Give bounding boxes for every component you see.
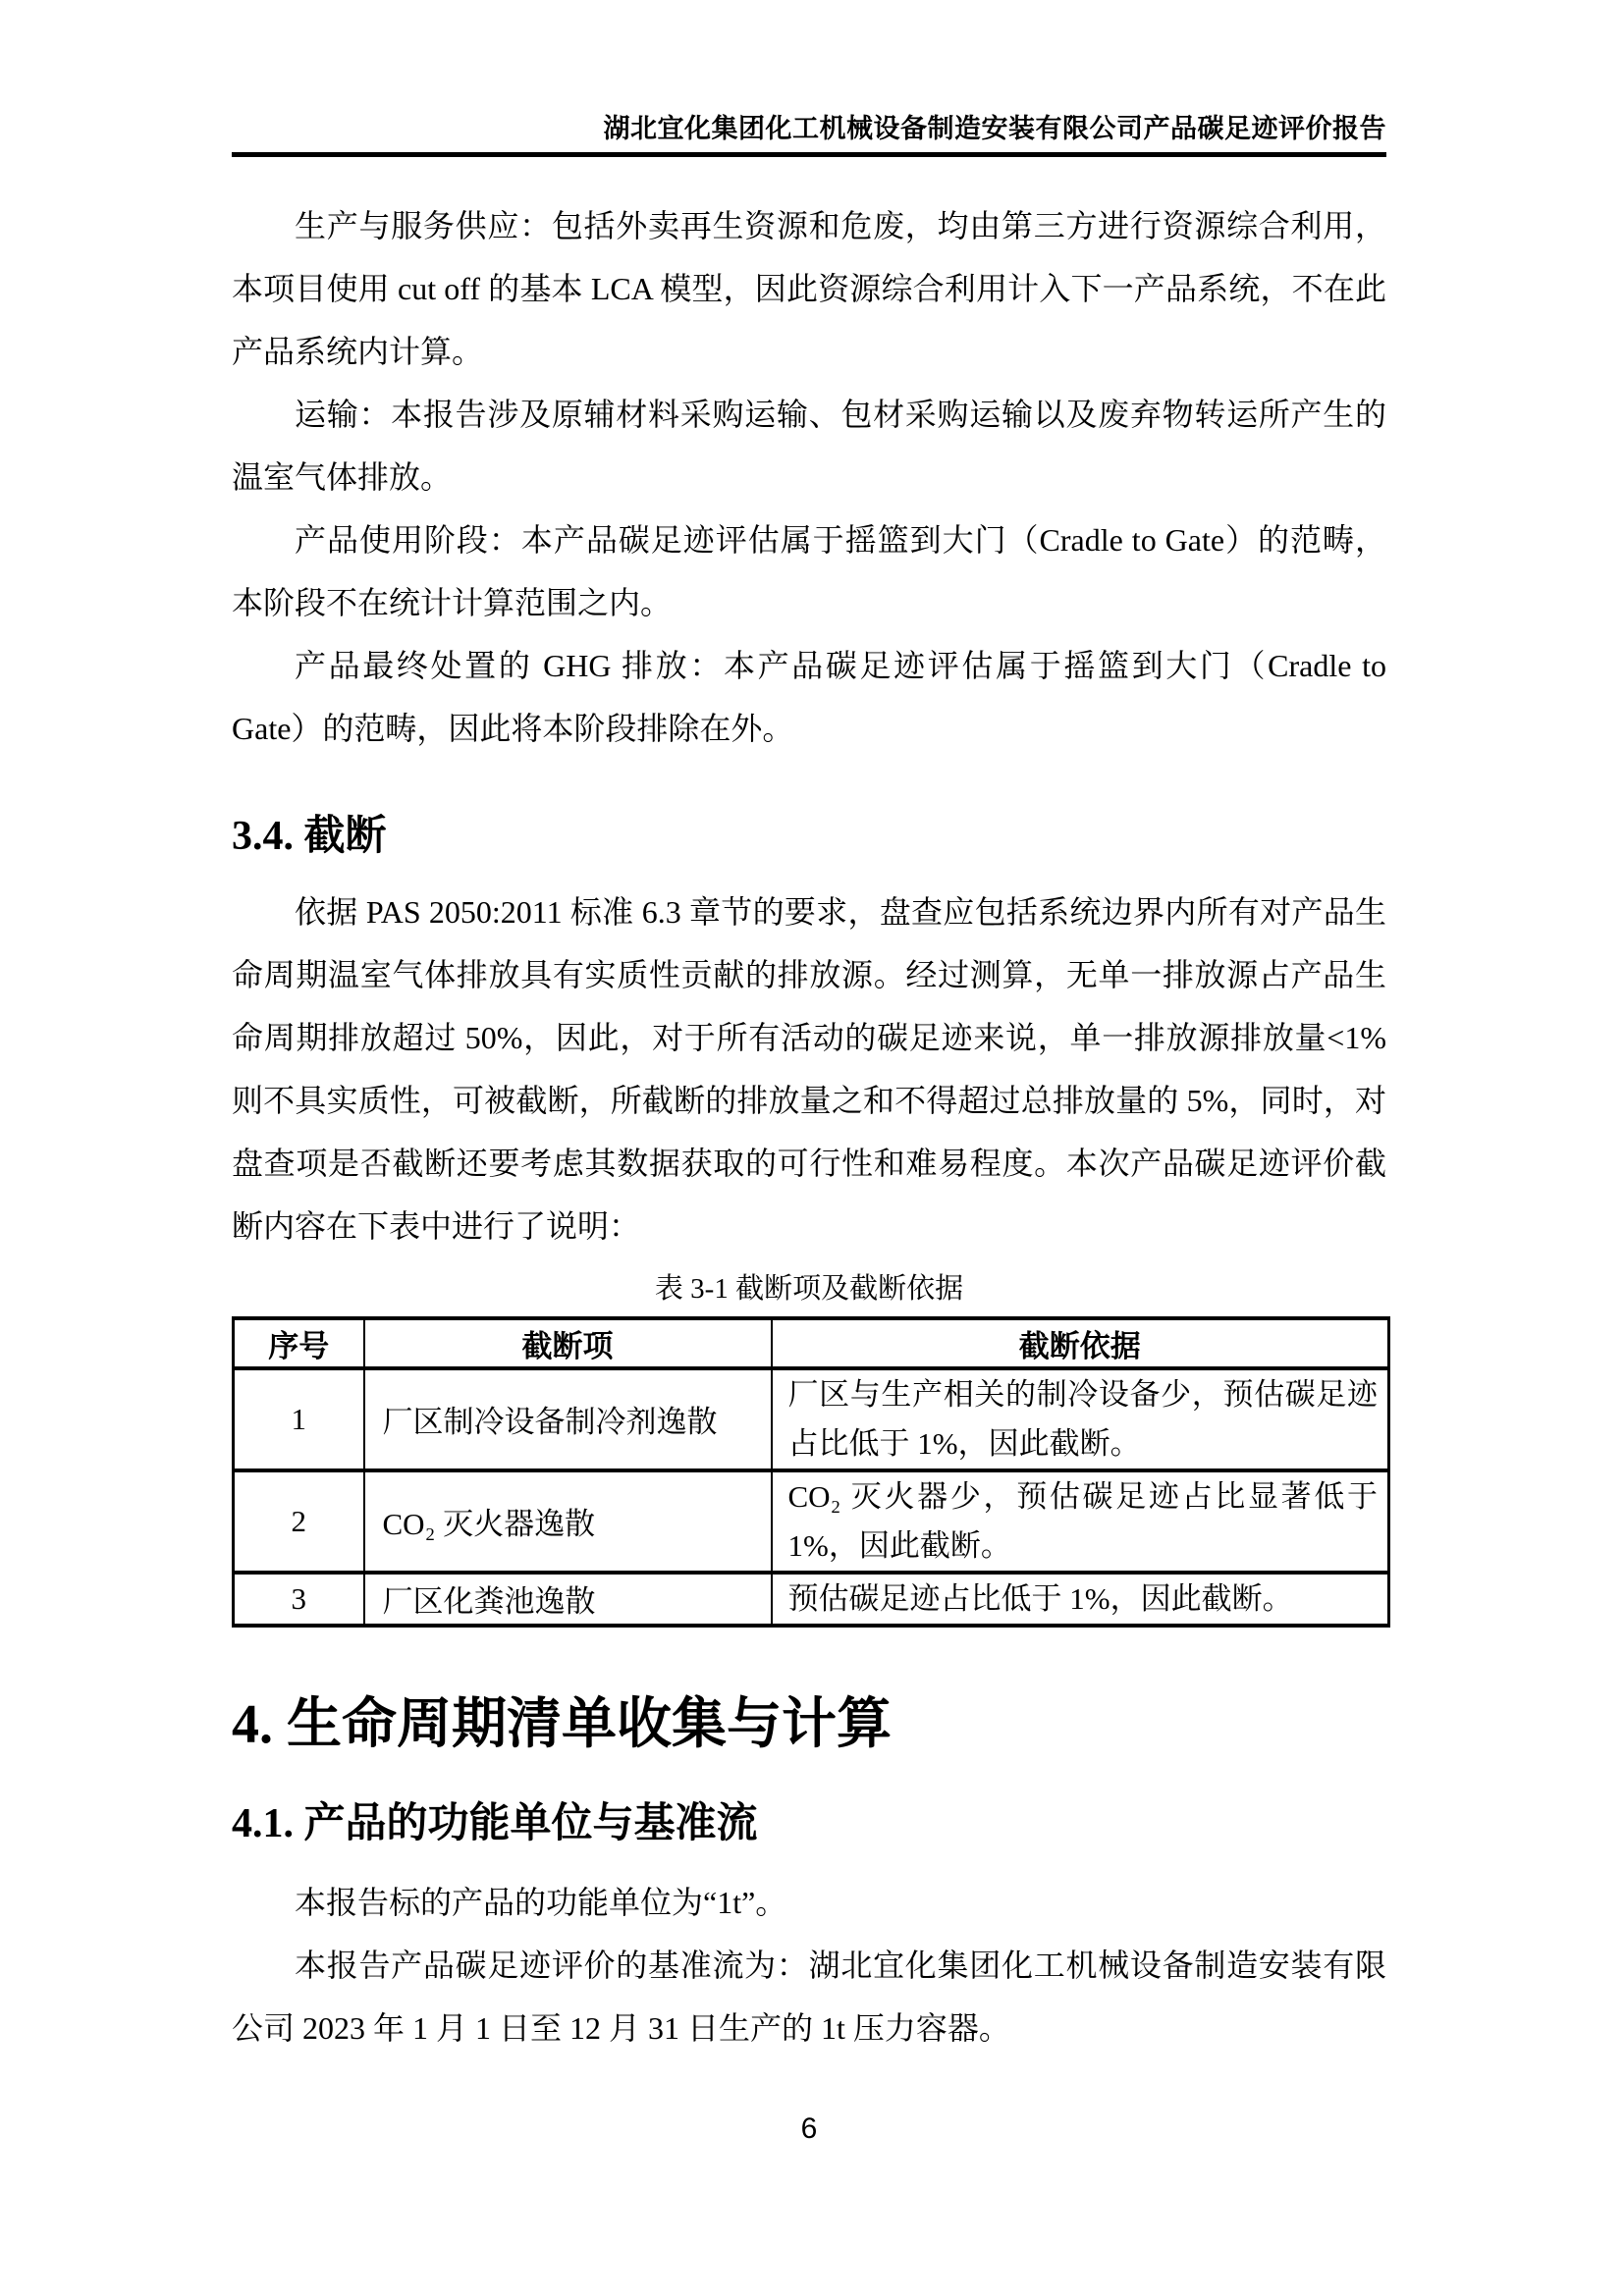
table-row: 1 厂区制冷设备制冷剂逸散 厂区与生产相关的制冷设备少，预估碳足迹占比低于 1%…: [234, 1368, 1389, 1470]
paragraph-final-disposal: 产品最终处置的 GHG 排放：本产品碳足迹评估属于摇篮到大门（Cradle to…: [232, 634, 1386, 760]
header-title: 湖北宜化集团化工机械设备制造安装有限公司产品碳足迹评价报告: [232, 112, 1386, 145]
cell-basis: 厂区与生产相关的制冷设备少，预估碳足迹占比低于 1%，因此截断。: [772, 1368, 1389, 1470]
paragraph-functional-unit: 本报告标的产品的功能单位为“1t”。: [232, 1871, 1386, 1934]
table-caption: 表 3-1 截断项及截断依据: [232, 1271, 1386, 1307]
page-footer: 6: [232, 2112, 1386, 2146]
cell-basis: 预估碳足迹占比低于 1%，因此截断。: [772, 1573, 1389, 1626]
section-heading-4: 4. 生命周期清单收集与计算: [232, 1690, 1386, 1759]
header-cell-index: 序号: [234, 1318, 364, 1368]
cell-index: 3: [234, 1573, 364, 1626]
section-heading-3-4: 3.4. 截断: [232, 811, 1386, 863]
cell-item: CO₂ 灭火器逸散: [364, 1470, 772, 1573]
page-header: 湖北宜化集团化工机械设备制造安装有限公司产品碳足迹评价报告: [232, 0, 1386, 157]
paragraph-production-services: 生产与服务供应：包括外卖再生资源和危废，均由第三方进行资源综合利用，本项目使用 …: [232, 194, 1386, 383]
page-number: 6: [801, 2112, 818, 2145]
cell-item: 厂区化粪池逸散: [364, 1573, 772, 1626]
cell-index: 2: [234, 1470, 364, 1573]
table-row: 3 厂区化粪池逸散 预估碳足迹占比低于 1%，因此截断。: [234, 1573, 1389, 1626]
table-header-row: 序号 截断项 截断依据: [234, 1318, 1389, 1368]
paragraph-use-stage: 产品使用阶段：本产品碳足迹评估属于摇篮到大门（Cradle to Gate）的范…: [232, 508, 1386, 634]
cell-basis: CO₂ 灭火器少，预估碳足迹占比显著低于 1%，因此截断。: [772, 1470, 1389, 1573]
document-page: 湖北宜化集团化工机械设备制造安装有限公司产品碳足迹评价报告 生产与服务供应：包括…: [0, 0, 1624, 2296]
paragraph-transport: 运输：本报告涉及原辅材料采购运输、包材采购运输以及废弃物转运所产生的温室气体排放…: [232, 383, 1386, 508]
table-row: 2 CO₂ 灭火器逸散 CO₂ 灭火器少，预估碳足迹占比显著低于 1%，因此截断…: [234, 1470, 1389, 1573]
cell-index: 1: [234, 1368, 364, 1470]
header-cell-basis: 截断依据: [772, 1318, 1389, 1368]
paragraph-reference-flow: 本报告产品碳足迹评价的基准流为：湖北宜化集团化工机械设备制造安装有限公司 202…: [232, 1934, 1386, 2059]
truncation-table: 序号 截断项 截断依据 1 厂区制冷设备制冷剂逸散 厂区与生产相关的制冷设备少，…: [232, 1316, 1390, 1628]
cell-item: 厂区制冷设备制冷剂逸散: [364, 1368, 772, 1470]
paragraph-truncation: 依据 PAS 2050:2011 标准 6.3 章节的要求，盘查应包括系统边界内…: [232, 881, 1386, 1257]
section-heading-4-1: 4.1. 产品的功能单位与基准流: [232, 1798, 1386, 1850]
header-cell-item: 截断项: [364, 1318, 772, 1368]
